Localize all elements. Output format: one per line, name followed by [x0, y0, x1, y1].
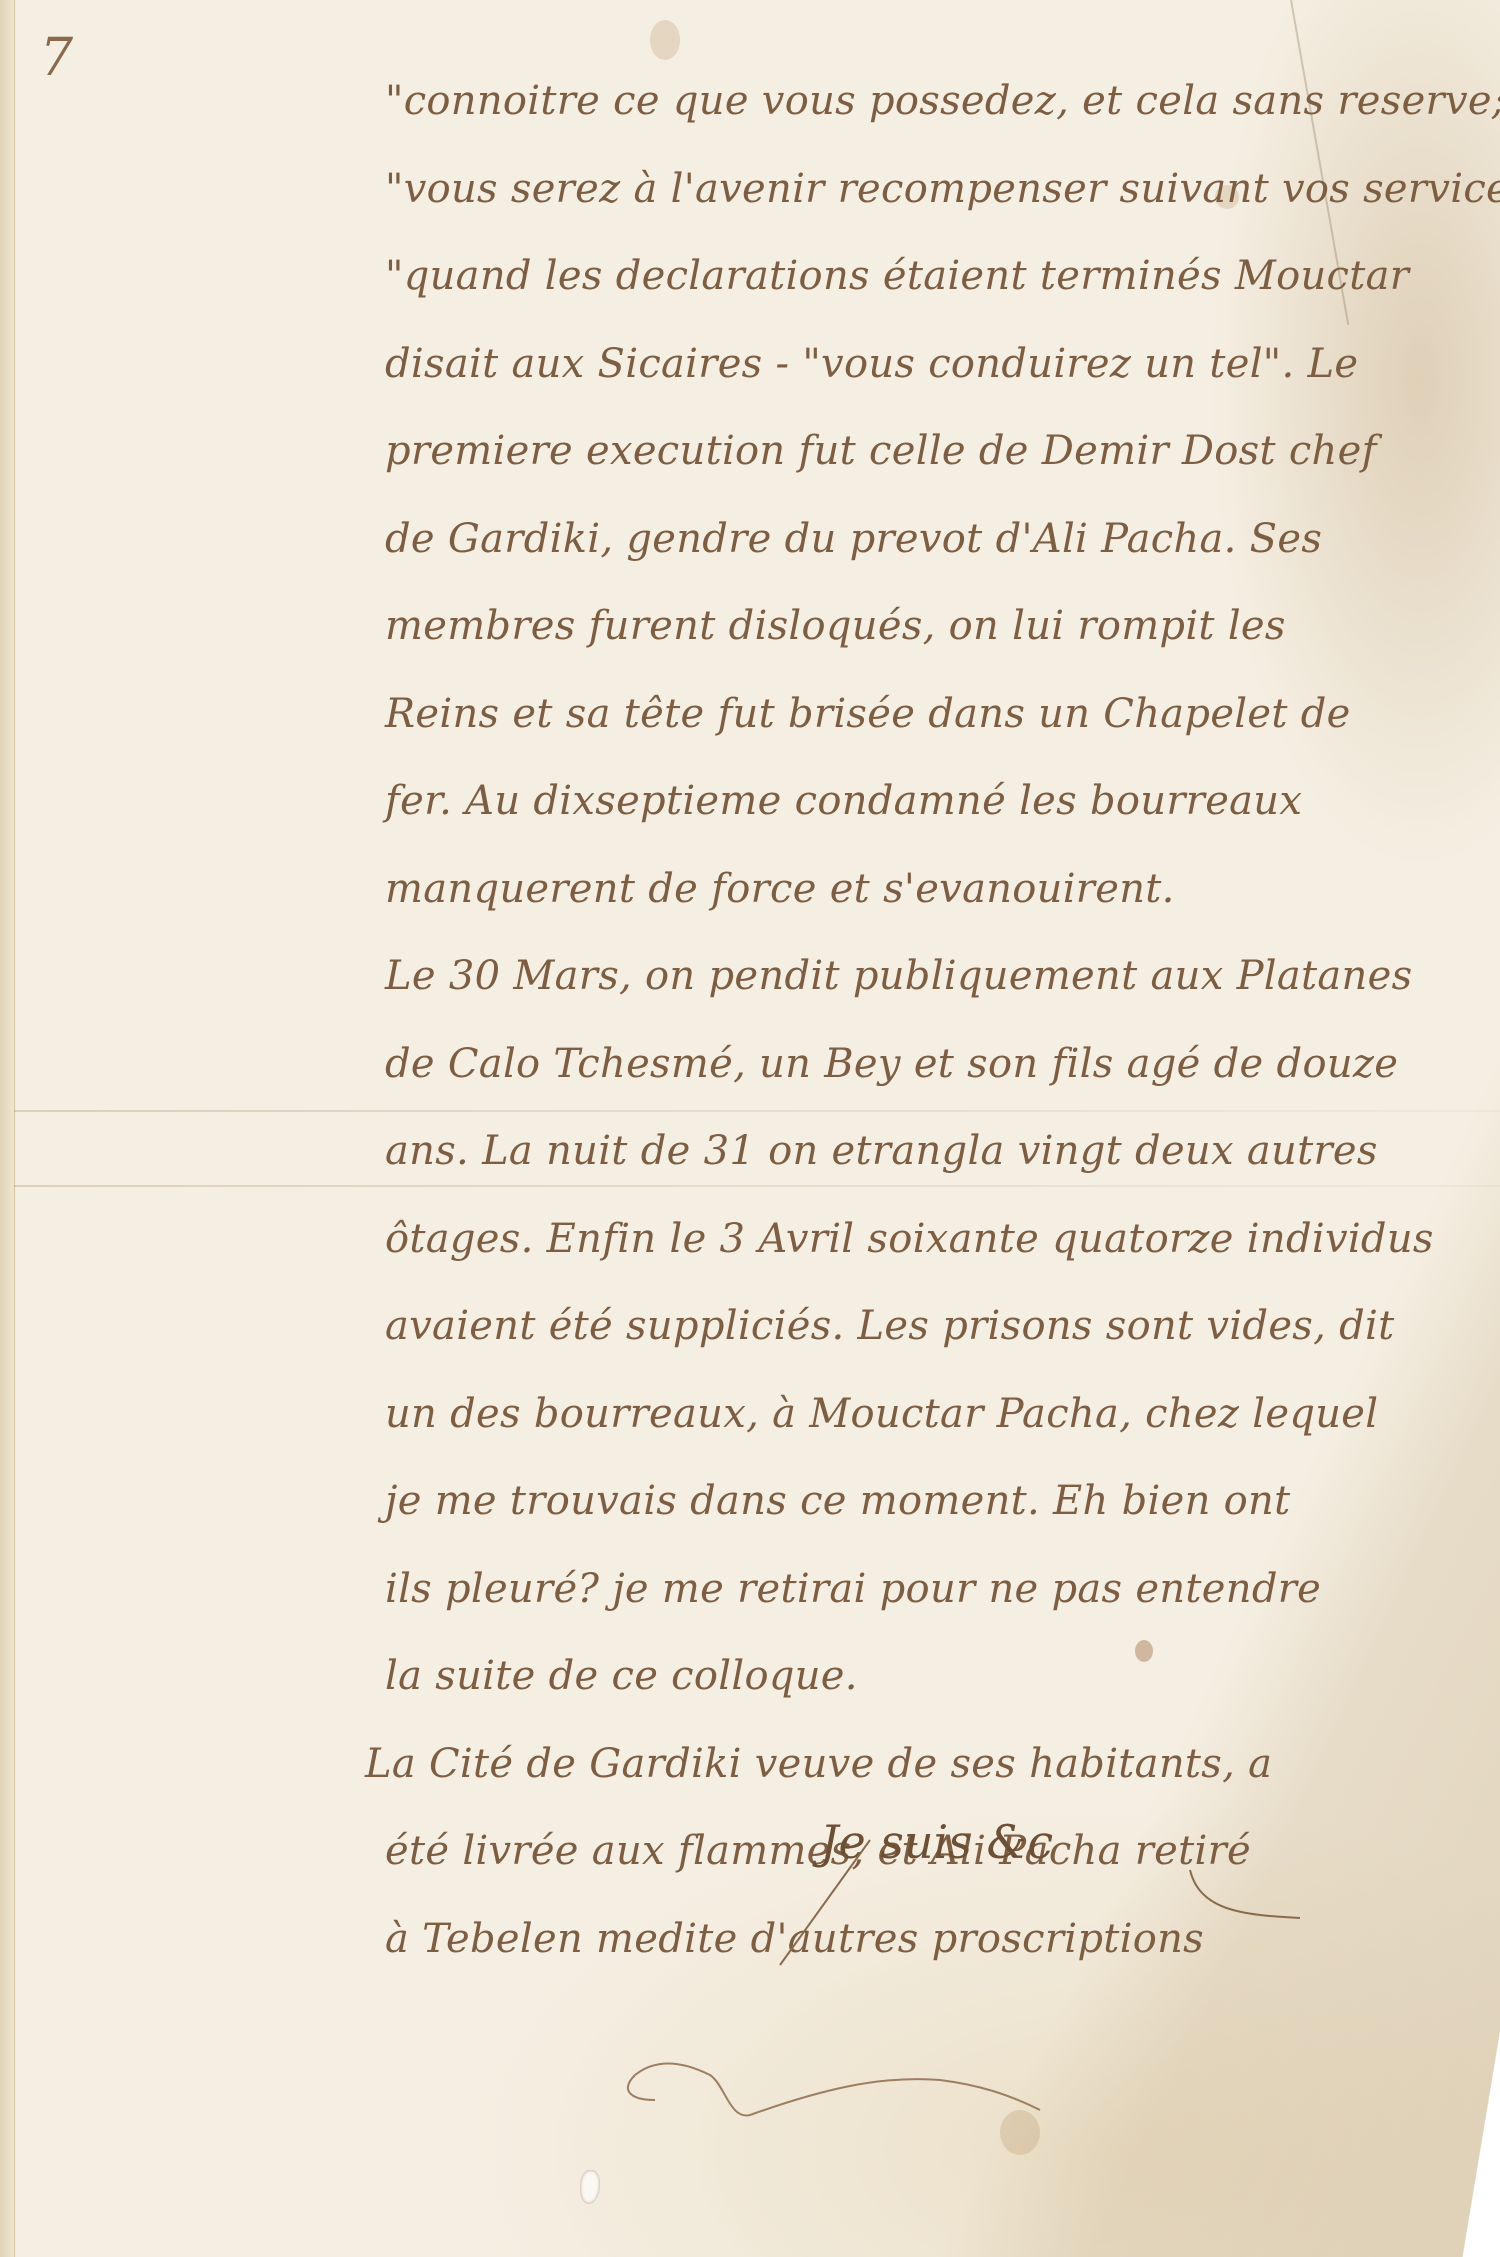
manuscript-page: 7 "connoitre ce que vous possedez, et ce… [0, 0, 1500, 2257]
signature-flourish [700, 1800, 1300, 2000]
binding-edge [0, 0, 15, 2257]
text-line: La Cité de Gardiki veuve de ses habitant… [365, 1721, 1465, 1809]
text-line: je me trouvais dans ce moment. Eh bien o… [385, 1458, 1465, 1546]
text-line: "quand les declarations étaient terminés… [385, 233, 1465, 321]
text-line: "vous serez à l'avenir recompenser suiva… [385, 146, 1465, 234]
text-line: de Calo Tchesmé, un Bey et son fils agé … [385, 1021, 1465, 1109]
text-line: de Gardiki, gendre du prevot d'Ali Pacha… [385, 496, 1465, 584]
paper-hole [580, 2170, 600, 2204]
text-line: Reins et sa tête fut brisée dans un Chap… [385, 671, 1465, 759]
text-line: disait aux Sicaires - "vous conduirez un… [385, 321, 1465, 409]
page-number: 7 [40, 28, 73, 88]
text-line: manquerent de force et s'evanouirent. [385, 846, 1465, 934]
text-line: Le 30 Mars, on pendit publiquement aux P… [385, 933, 1465, 1021]
closing-flourish [560, 2030, 1060, 2120]
text-line: ans. La nuit de 31 on etrangla vingt deu… [385, 1108, 1465, 1196]
ink-stain [650, 20, 680, 60]
letter-body: "connoitre ce que vous possedez, et cela… [385, 58, 1465, 1983]
text-line: membres furent disloqués, on lui rompit … [385, 583, 1465, 671]
text-line: fer. Au dixseptieme condamné les bourrea… [385, 758, 1465, 846]
text-line: "connoitre ce que vous possedez, et cela… [385, 58, 1465, 146]
text-line: premiere execution fut celle de Demir Do… [385, 408, 1465, 496]
text-line: ôtages. Enfin le 3 Avril soixante quator… [385, 1196, 1465, 1284]
text-line: ils pleuré? je me retirai pour ne pas en… [385, 1546, 1465, 1634]
text-line: la suite de ce colloque. [385, 1633, 1465, 1721]
text-line: un des bourreaux, à Mouctar Pacha, chez … [385, 1371, 1465, 1459]
text-line: avaient été suppliciés. Les prisons sont… [385, 1283, 1465, 1371]
